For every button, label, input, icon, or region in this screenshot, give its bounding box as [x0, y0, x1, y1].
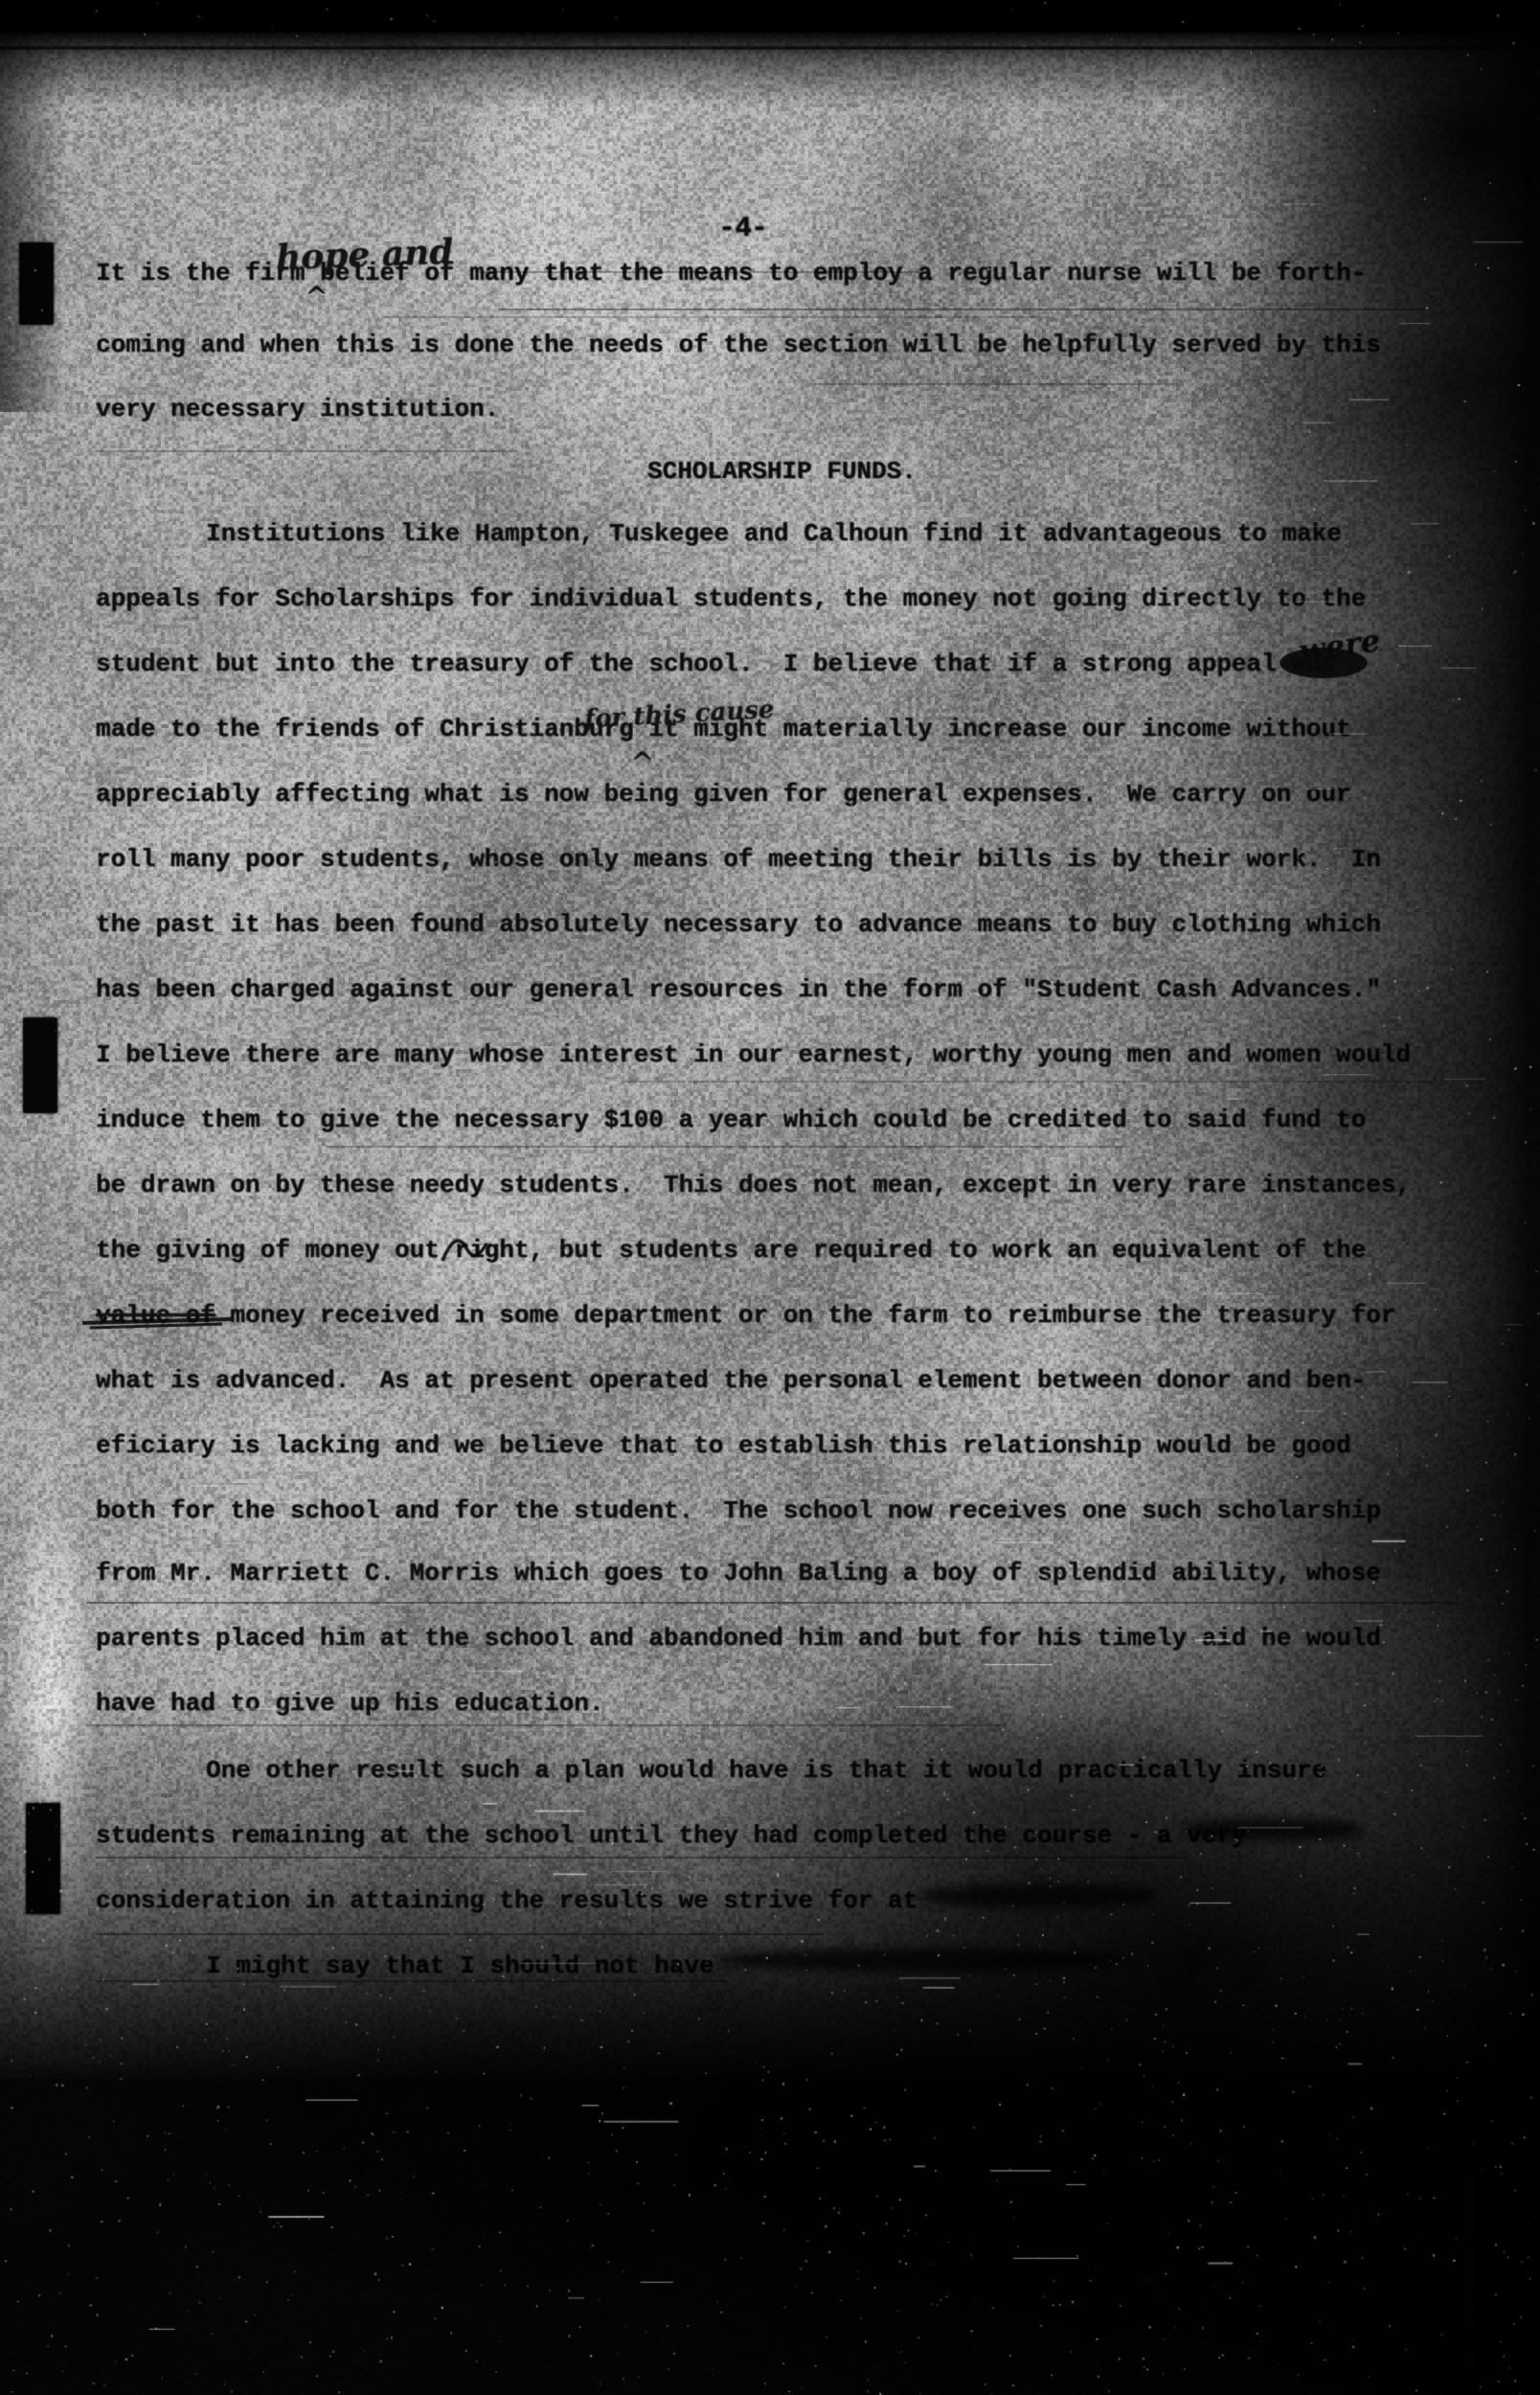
margin-bar: [19, 242, 54, 325]
page-number: -4-: [718, 213, 767, 245]
illegible-text-smudge: [919, 1883, 1159, 1908]
typed-line: appreciably affecting what is now being …: [96, 782, 1351, 807]
typed-text: what is advanced. As at present operated…: [96, 1366, 1366, 1395]
struck-text: value of: [96, 1301, 215, 1330]
typed-line: Institutions like Hampton, Tuskegee and …: [206, 521, 1342, 546]
typed-text: the past it has been found absolutely ne…: [96, 910, 1381, 939]
typed-text: roll many poor students, whose only mean…: [96, 845, 1381, 874]
typed-text: appeals for Scholarships for individual …: [96, 584, 1366, 613]
photostat-document-page: -4- It is the firm belief of many that t…: [0, 0, 1540, 2395]
typed-text: I might say that I should not have: [206, 1951, 714, 1980]
typed-text: from Mr. Marriett C. Morris which goes t…: [96, 1559, 1381, 1587]
typed-line: students remaining at the school until t…: [96, 1823, 1246, 1848]
document-content-layer: -4- It is the firm belief of many that t…: [0, 0, 1540, 2395]
handwritten-hope-and: hope and: [275, 235, 454, 275]
typed-text: eficiary is lacking and we believe that …: [96, 1431, 1351, 1460]
typed-text: the giving of money out right, but stude…: [96, 1236, 1366, 1265]
typed-line: value of money received in some departme…: [96, 1303, 1395, 1328]
typed-text: both for the school and for the student.…: [96, 1496, 1381, 1525]
typed-text: students remaining at the school until t…: [96, 1821, 1246, 1850]
typed-line: from Mr. Marriett C. Morris which goes t…: [96, 1561, 1381, 1585]
typed-line: very necessary institution.: [96, 397, 499, 422]
margin-bar: [23, 1017, 57, 1113]
typed-line: both for the school and for the student.…: [96, 1498, 1381, 1523]
handwritten-were: were: [1297, 625, 1382, 667]
typed-line: eficiary is lacking and we believe that …: [96, 1433, 1351, 1458]
typed-text: appreciably affecting what is now being …: [96, 780, 1351, 809]
section-heading: SCHOLARSHIP FUNDS.: [647, 459, 917, 484]
typed-line: student but into the treasury of the sch…: [96, 651, 1336, 676]
typed-line: coming and when this is done the needs o…: [96, 332, 1381, 357]
typed-text: very necessary institution.: [96, 395, 499, 423]
typed-line: induce them to give the necessary $100 a…: [96, 1107, 1366, 1132]
typed-line: has been charged against our general res…: [96, 977, 1381, 1002]
typed-line: One other result such a plan would have …: [206, 1758, 1326, 1783]
typed-text: be drawn on by these needy students. Thi…: [96, 1171, 1411, 1199]
typed-text: SCHOLARSHIP FUNDS.: [647, 457, 917, 486]
typed-line: I might say that I should not have: [206, 1953, 714, 1978]
margin-bar: [26, 1803, 60, 1914]
typed-text: One other result such a plan would have …: [206, 1756, 1326, 1785]
insertion-caret-mark: ^: [630, 749, 654, 778]
typed-text: has been charged against our general res…: [96, 975, 1381, 1004]
typed-line: the past it has been found absolutely ne…: [96, 912, 1381, 937]
insertion-caret-mark: ^: [305, 284, 328, 312]
typed-text: parents placed him at the school and aba…: [96, 1624, 1381, 1653]
typed-line: roll many poor students, whose only mean…: [96, 847, 1381, 872]
illegible-text-smudge: [716, 1949, 1128, 1972]
typed-line: what is advanced. As at present operated…: [96, 1368, 1366, 1393]
typed-text: coming and when this is done the needs o…: [96, 331, 1381, 359]
typed-text: induce them to give the necessary $100 a…: [96, 1106, 1366, 1134]
illegible-text-smudge: [1183, 1818, 1365, 1841]
typed-line: consideration in attaining the results w…: [96, 1888, 917, 1913]
typed-line: be drawn on by these needy students. Thi…: [96, 1173, 1411, 1197]
typed-text: consideration in attaining the results w…: [96, 1886, 917, 1915]
typed-line: the giving of money out right, but stude…: [96, 1238, 1366, 1263]
typed-text: money received in some department or on …: [215, 1301, 1396, 1330]
typed-text: have had to give up his education.: [96, 1689, 604, 1718]
typed-text: I believe there are many whose interest …: [96, 1040, 1411, 1069]
typed-line: have had to give up his education.: [96, 1691, 604, 1716]
typed-line: I believe there are many whose interest …: [96, 1042, 1411, 1067]
typed-text: student but into the treasury of the sch…: [96, 650, 1336, 678]
typed-line: parents placed him at the school and aba…: [96, 1626, 1381, 1651]
typed-line: appeals for Scholarships for individual …: [96, 586, 1366, 611]
typed-text: Institutions like Hampton, Tuskegee and …: [206, 519, 1342, 548]
